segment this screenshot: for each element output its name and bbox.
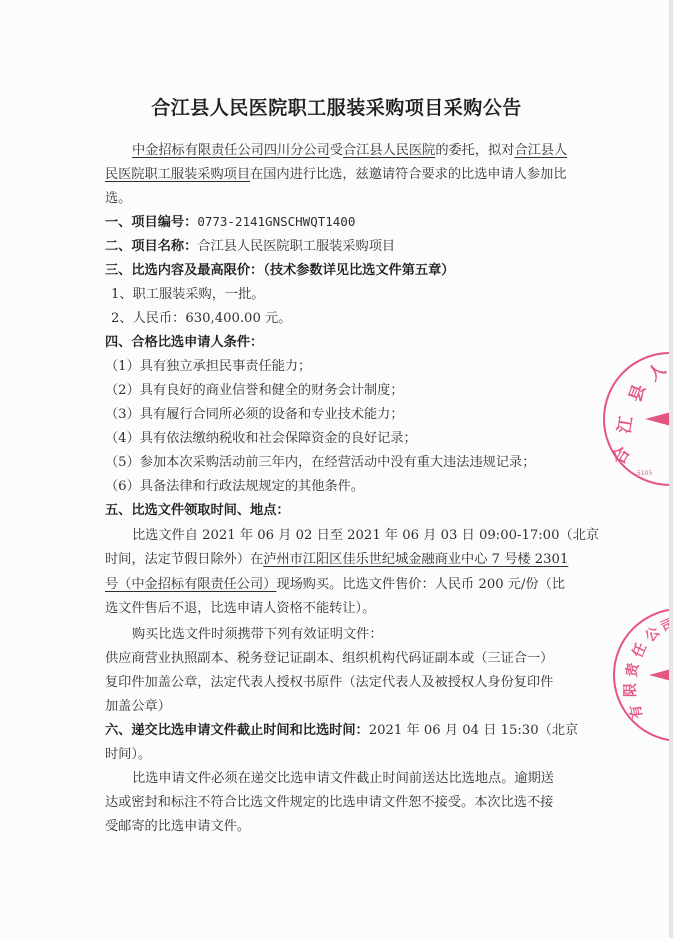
project-name-label: 二、项目名称：: [105, 239, 197, 254]
pickup-line-2: 时间，法定节假日除外）在泸州市江阳区佳乐世纪城金融商业中心 7 号楼 2301: [105, 551, 568, 569]
section-deadline: 六、递交比选申请文件截止时间和比选时间：2021 年 06 月 04 日 15:…: [105, 722, 578, 740]
purchaser-name: 合江县人民医院: [343, 143, 435, 158]
deadline-label: 六、递交比选申请文件截止时间和比选时间：: [105, 723, 369, 738]
hospital-seal: 合 江 县 人 5105: [603, 352, 673, 486]
qualification-item-1: （1）具有独立承担民事责任能力；: [105, 358, 311, 376]
seal-char: 任: [627, 639, 651, 660]
section-qualification-label: 四、合格比选申请人条件：: [105, 334, 263, 352]
pickup-address: 泸州市江阳区佳乐世纪城金融商业中心 7 号楼 2301: [263, 552, 568, 567]
star-icon: [645, 412, 671, 426]
content-item-1: 1、职工服装采购，一批。: [111, 286, 264, 304]
qualification-item-6: （6）具备法律和行政法规规定的其他条件。: [105, 478, 364, 496]
required-docs-line-2: 复印件加盖公章，法定代表人授权书原件（法定代表人及被授权人身份复印件: [105, 674, 553, 692]
seal-char: 合: [604, 441, 634, 468]
required-docs-line-1: 供应商营业执照副本、税务登记证副本、组织机构代码证副本或（三证合一）: [105, 650, 553, 668]
seal-char: 县: [621, 380, 650, 405]
qualification-item-5: （5）参加本次采购活动前三年内，在经营活动中没有重大违法违规记录；: [105, 454, 535, 472]
section-project-number: 一、项目编号：0773-2141GNSCHWQT1400: [105, 213, 355, 232]
document-title: 合江县人民医院职工服装采购项目采购公告: [0, 93, 673, 120]
agency-name: 中金招标有限责任公司四川分公司: [132, 143, 330, 158]
seal-char: 江: [610, 414, 638, 435]
content-item-2: 2、人民币：630,400.00 元。: [111, 310, 291, 328]
seal-char: 人: [641, 355, 670, 385]
pickup-line-4: 选文件售后不退，比选申请人资格不能转让）。: [105, 600, 375, 618]
qualification-item-3: （3）具有履行合同所必须的设备和专业技术能力；: [105, 406, 404, 424]
intro-line-2: 民医院职工服装采购项目在国内进行比选，兹邀请符合要求的比选申请人参加比: [105, 166, 567, 184]
intro-line-1: 中金招标有限责任公司四川分公司受合江县人民医院的委托，拟对合江县人: [132, 142, 567, 160]
pickup-line-1: 比选文件自 2021 年 06 月 02 日至 2021 年 06 月 03 日…: [132, 527, 599, 545]
required-docs-intro: 购买比选文件时须携带下列有效证明文件：: [132, 626, 383, 644]
pickup-line-3: 号（中金招标有限责任公司）现场购买。比选文件售价：人民币 200 元/份（比: [105, 576, 565, 594]
seal-char: 限: [620, 683, 640, 697]
project-name-part2: 民医院职工服装采购项目: [105, 167, 250, 182]
page-edge: [669, 0, 673, 938]
deadline-value: 2021 年 06 月 04 日 15:30（北京: [369, 723, 578, 738]
submission-line-3: 受邮寄的比选申请文件。: [105, 818, 250, 836]
seal-number: 5105: [637, 470, 652, 477]
required-docs-line-3: 加盖公章）: [105, 698, 171, 716]
project-number-value: 0773-2141GNSCHWQT1400: [197, 214, 355, 229]
seal-char: 责: [621, 661, 643, 678]
agency-seal: 有 限 责 任 公 司: [613, 608, 673, 742]
intro-line-3: 选。: [105, 190, 131, 208]
seal-char: 有: [625, 703, 647, 720]
section-project-name: 二、项目名称：合江县人民医院职工服装采购项目: [105, 238, 395, 256]
section-pickup-label: 五、比选文件领取时间、地点：: [105, 502, 290, 520]
project-name-part1: 合江县人: [514, 143, 567, 158]
section-content-price-label: 三、比选内容及最高限价：（技术参数详见比选文件第五章）: [105, 262, 454, 280]
submission-line-2: 达或密封和标注不符合比选文件规定的比选申请文件恕不接受。本次比选不接: [105, 794, 553, 812]
qualification-item-2: （2）具有良好的商业信誉和健全的财务会计制度；: [105, 382, 404, 400]
submission-line-1: 比选申请文件必须在递交比选申请文件截止时间前送达比选地点。逾期送: [132, 770, 554, 788]
qualification-item-4: （4）具有依法缴纳税收和社会保障资金的良好记录；: [105, 430, 417, 448]
document-page: 合江县人民医院职工服装采购项目采购公告 中金招标有限责任公司四川分公司受合江县人…: [0, 0, 673, 938]
pickup-address-cont: 号（中金招标有限责任公司）: [105, 577, 276, 592]
project-name-value: 合江县人民医院职工服装采购项目: [197, 239, 395, 254]
project-number-label: 一、项目编号：: [105, 215, 197, 230]
deadline-value-cont: 时间）。: [105, 746, 151, 764]
